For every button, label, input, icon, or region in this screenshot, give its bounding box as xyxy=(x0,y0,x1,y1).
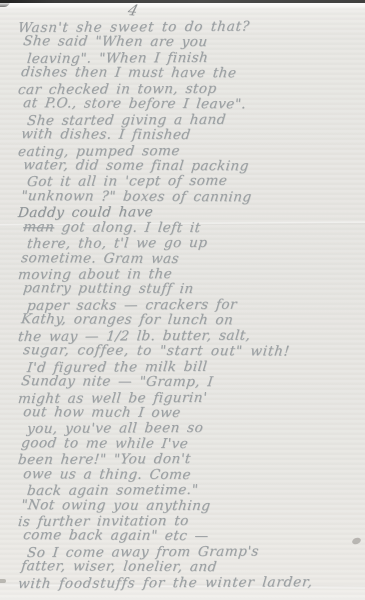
handwriting-line: at P.O., store before I leave". xyxy=(17,96,359,113)
handwriting-line-rest: got along. I left it xyxy=(53,219,201,236)
paper-speck xyxy=(0,579,6,583)
handwriting-line: with dishes. I finished xyxy=(17,127,359,144)
handwriting-line: sugar, coffee, to "start out" with! xyxy=(17,343,359,360)
page-number: 4 xyxy=(126,1,161,21)
handwriting-line: with foodstuffs for the winter larder, xyxy=(17,575,359,593)
paper-highlight xyxy=(0,3,365,10)
scanned-letter-page: 4 Wasn't she sweet to do that? She said … xyxy=(0,0,365,600)
handwriting-line: Sunday nite — "Gramp, I xyxy=(17,374,359,391)
handwritten-text-block: Wasn't she sweet to do that? She said "W… xyxy=(18,20,358,591)
crossed-out-word: man xyxy=(22,219,55,235)
